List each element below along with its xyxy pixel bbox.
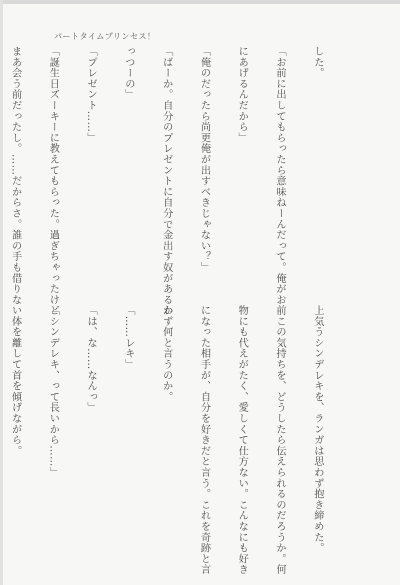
text-column: 「俺のだったら尚更俺が出すべきじゃない？」: [197, 46, 210, 306]
text-column: した。: [310, 46, 323, 306]
text-tier-upper: した。 「お前に出してもらったら意味ねーんだって。俺がお前 にあげるんだから」 …: [0, 46, 348, 306]
text-tier-lower: 上気うシンデレキを、ランガは思わず抱き締めた。 この気持ちを、どうしたら伝えられ…: [0, 305, 348, 565]
text-column: 「……レキ」: [121, 305, 134, 565]
text-column: 「お前に出してもらったら意味ねーんだって。俺がお前: [272, 46, 285, 306]
text-column: になった相手が、自分を好きだと言う。これを奇跡と言: [197, 305, 210, 565]
text-column: 「シンデレキ、って長いから……」: [46, 305, 59, 565]
text-column: まあ会う前だったし。……だからさ。誰の手も借りない: [8, 46, 21, 306]
text-column: 「は、な……なんっ」: [84, 305, 97, 565]
page-edge: [0, 0, 400, 4]
text-column: 体を離して首を傾げながら。: [8, 305, 21, 565]
running-head-title: パートタイムプリンセス！: [54, 31, 156, 42]
text-column: にあげるんだから」: [235, 46, 248, 306]
text-column: 上気うシンデレキを、ランガは思わず抱き締めた。: [310, 305, 323, 565]
text-column: っつーの」: [121, 46, 134, 306]
text-column: 物にも代えがたく、愛しくて仕方ない。こんなにも好き: [235, 305, 248, 565]
text-column: 「ばーか。自分のプレゼントに自分で金出す奴があるか: [159, 46, 172, 306]
text-column: 「プレゼント……」: [84, 46, 97, 306]
text-column: この気持ちを、どうしたら伝えられるのだろうか。何: [272, 305, 285, 565]
text-column: わず何と言うのか。: [159, 305, 172, 565]
text-column: 「誕生日ズーキーに教えてもらった。過ぎちゃったけど: [46, 46, 59, 306]
